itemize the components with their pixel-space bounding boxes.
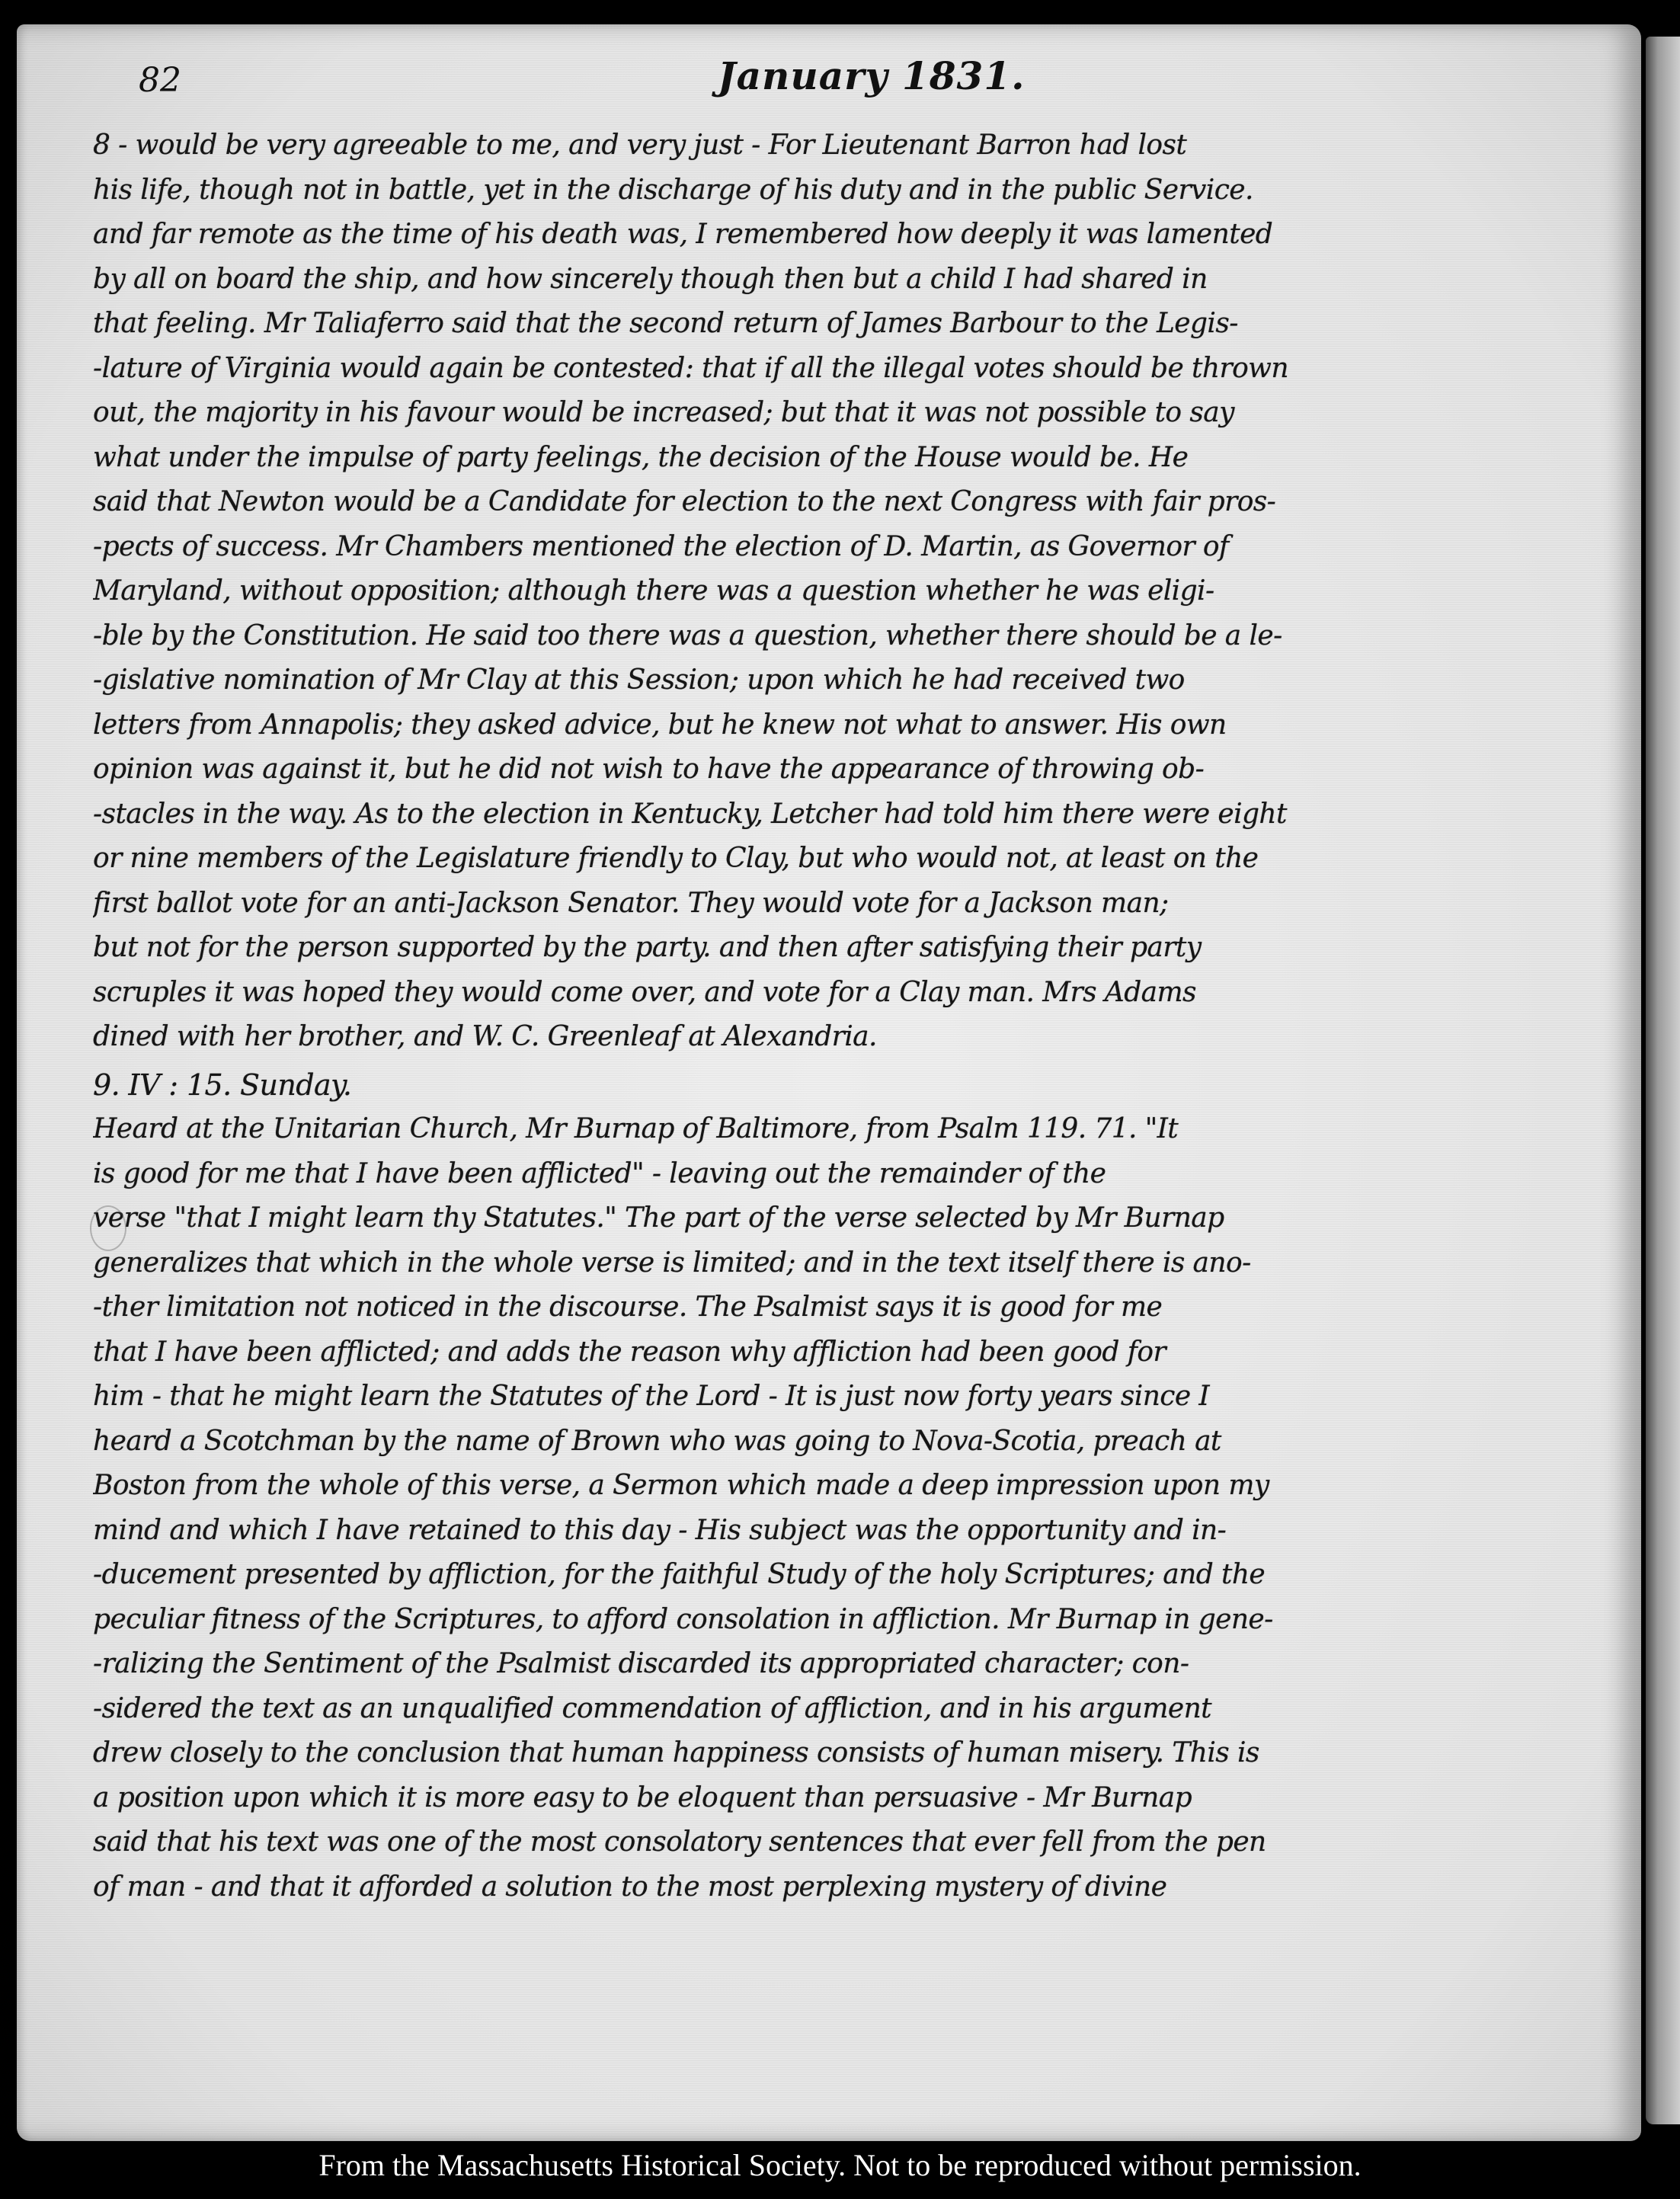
text-line: and far remote as the time of his death … — [93, 213, 1640, 258]
text-line: a position upon which it is more easy to… — [93, 1776, 1640, 1821]
page-number: 82 — [139, 61, 181, 100]
text-line: said that his text was one of the most c… — [93, 1820, 1640, 1865]
diary-body: 8 - would be very agreeable to me, and v… — [93, 123, 1640, 1909]
text-line: Boston from the whole of this verse, a S… — [93, 1464, 1640, 1509]
text-line: out, the majority in his favour would be… — [93, 391, 1640, 436]
text-line: peculiar fitness of the Scriptures, to a… — [93, 1598, 1640, 1643]
text-line: mind and which I have retained to this d… — [93, 1509, 1640, 1554]
page-heading: January 1831. — [718, 53, 1026, 98]
text-line: him - that he might learn the Statutes o… — [93, 1375, 1640, 1420]
text-line: his life, though not in battle, yet in t… — [93, 168, 1640, 213]
entry-date-heading: 9. IV : 15. Sunday. — [93, 1063, 1640, 1108]
text-line: said that Newton would be a Candidate fo… — [93, 480, 1640, 525]
text-line: dined with her brother, and W. C. Greenl… — [93, 1015, 1640, 1060]
text-line: -ther limitation not noticed in the disc… — [93, 1285, 1640, 1330]
manuscript-page: 82 January 1831. 8 - would be very agree… — [17, 24, 1641, 2141]
text-line: heard a Scotchman by the name of Brown w… — [93, 1420, 1640, 1464]
text-line: -lature of Virginia would again be conte… — [93, 347, 1640, 392]
text-line: scruples it was hoped they would come ov… — [93, 971, 1640, 1016]
text-line: -sidered the text as an unqualified comm… — [93, 1687, 1640, 1732]
text-line: is good for me that I have been afflicte… — [93, 1152, 1640, 1197]
text-line: but not for the person supported by the … — [93, 926, 1640, 971]
text-line: -stacles in the way. As to the election … — [93, 792, 1640, 837]
text-line: what under the impulse of party feelings… — [93, 436, 1640, 481]
text-line: -ralizing the Sentiment of the Psalmist … — [93, 1642, 1640, 1687]
text-line: 8 - would be very agreeable to me, and v… — [93, 123, 1640, 168]
text-line: -ble by the Constitution. He said too th… — [93, 614, 1640, 659]
text-line: generalizes that which in the whole vers… — [93, 1241, 1640, 1286]
text-line: first ballot vote for an anti-Jackson Se… — [93, 882, 1640, 927]
text-line: that feeling. Mr Taliaferro said that th… — [93, 302, 1640, 347]
page-header: 82 January 1831. — [17, 24, 1641, 108]
text-line: Maryland, without opposition; although t… — [93, 569, 1640, 614]
text-line: letters from Annapolis; they asked advic… — [93, 703, 1640, 748]
text-line: Heard at the Unitarian Church, Mr Burnap… — [93, 1107, 1640, 1152]
text-line: -gislative nomination of Mr Clay at this… — [93, 658, 1640, 703]
copyright-caption: From the Massachusetts Historical Societ… — [0, 2147, 1680, 2183]
text-line: or nine members of the Legislature frien… — [93, 837, 1640, 882]
text-line: that I have been afflicted; and adds the… — [93, 1330, 1640, 1375]
margin-circle-mark — [90, 1205, 126, 1251]
text-line: verse "that I might learn thy Statutes."… — [93, 1196, 1640, 1241]
text-line: by all on board the ship, and how sincer… — [93, 258, 1640, 302]
next-page-edge — [1646, 37, 1680, 2124]
text-line: opinion was against it, but he did not w… — [93, 747, 1640, 792]
text-line: drew closely to the conclusion that huma… — [93, 1731, 1640, 1776]
text-line: -ducement presented by affliction, for t… — [93, 1553, 1640, 1598]
scan-background: 82 January 1831. 8 - would be very agree… — [0, 0, 1680, 2199]
text-line: -pects of success. Mr Chambers mentioned… — [93, 525, 1640, 570]
text-line: of man - and that it afforded a solution… — [93, 1865, 1640, 1910]
